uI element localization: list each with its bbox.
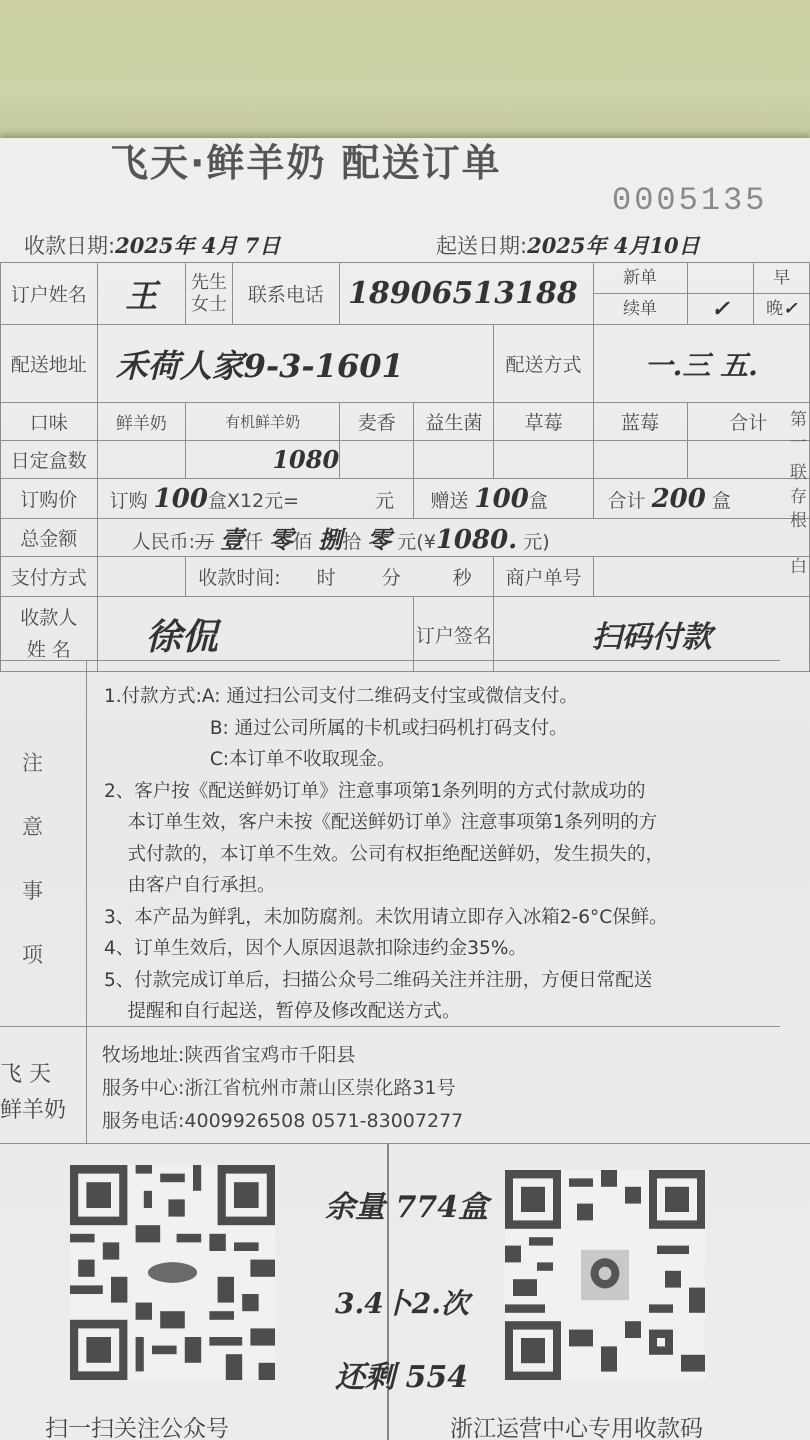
side-margin-char: 一: [790, 428, 807, 453]
address-value: 禾荷人家9-3-1601: [97, 325, 494, 403]
customer-name-value: 王: [97, 263, 186, 325]
daily-malt[interactable]: [340, 441, 414, 479]
flavor-label: 口味: [1, 403, 98, 441]
order-qty: 100: [154, 484, 208, 514]
customer-name-label: 订户姓名: [1, 263, 98, 325]
serial-number: 0005135: [612, 182, 767, 219]
daily-strawberry[interactable]: [494, 441, 593, 479]
new-order-check[interactable]: [688, 263, 754, 294]
flavor-blueberry: 蓝莓: [593, 403, 687, 441]
form-title: 飞天·鲜羊奶 配送订单: [110, 132, 502, 187]
merchant-no-label: 商户单号: [494, 557, 593, 597]
left-qr-caption: 扫一扫关注公众号: [45, 1410, 229, 1440]
honorific-male: 先生: [186, 272, 231, 294]
gift-cell: 赠送 100盒: [414, 479, 593, 519]
note-line: 1.付款方式:A: 通过扫公司支付二维码支付宝或微信支付。: [104, 681, 668, 713]
phone-value: 18906513188: [340, 263, 593, 325]
brand-label: 飞 天 鲜羊奶: [0, 1025, 87, 1143]
notes-list: 1.付款方式:A: 通过扫公司支付二维码支付宝或微信支付。 B: 通过公司所属的…: [104, 681, 668, 1028]
ranch-address: 牧场地址:陕西省宝鸡市千阳县: [102, 1039, 463, 1072]
flavor-strawberry: 草莓: [494, 403, 593, 441]
side-margin-char: 白: [790, 552, 807, 577]
order-price-calc: 订购 100盒X12元= 元: [97, 479, 414, 519]
honorific: 先生 女士: [186, 263, 232, 325]
note-line: 本订单生效，客户未按《配送鲜奶订单》注意事项第1条列明的方: [104, 807, 668, 839]
morning-label[interactable]: 早: [754, 263, 809, 294]
company-info: 牧场地址:陕西省宝鸡市千阳县 服务中心:浙江省杭州市萧山区崇化路31号 服务电话…: [102, 1039, 463, 1138]
new-order-label: 新单: [594, 263, 687, 294]
note-line: 4、订单生效后，因个人原因退款扣除违约金35%。: [104, 933, 668, 965]
daily-fresh[interactable]: [97, 441, 186, 479]
order-price-label: 订购价: [1, 479, 98, 519]
note-line: 式付款的，本订单不生效。公司有权拒绝配送鲜奶，发生损失的，: [104, 839, 668, 871]
payment-time: 收款时间: 时 分 秒: [186, 557, 494, 597]
daily-boxes-label: 日定盒数: [1, 441, 98, 479]
honorific-female: 女士: [186, 294, 231, 316]
order-type-check: ✓: [687, 263, 754, 325]
daily-organic[interactable]: 1080: [186, 441, 340, 479]
merchant-no-value[interactable]: [593, 557, 810, 597]
renew-order-label: 续单: [594, 294, 687, 324]
gift-qty: 100: [475, 484, 529, 514]
side-margin-char: 存: [790, 482, 807, 507]
order-type-cell: 新单 续单: [593, 263, 687, 325]
total-boxes-cell: 合计 200 盒: [593, 479, 810, 519]
payment-collection-qr-icon[interactable]: [505, 1170, 705, 1380]
wechat-official-account-qr-icon[interactable]: [70, 1165, 275, 1380]
note-line: B: 通过公司所属的卡机或扫码机打码支付。: [104, 713, 668, 745]
right-qr-caption: 浙江运营中心专用收款码: [450, 1410, 703, 1440]
side-margin-char: 第: [790, 405, 807, 430]
daily-blueberry[interactable]: [593, 441, 687, 479]
payment-method-label: 支付方式: [1, 557, 98, 597]
note-line: 2、客户按《配送鲜奶订单》注意事项第1条列明的方式付款成功的: [104, 776, 668, 808]
note-line: 3、本产品为鲜乳，未加防腐剂。未饮用请立即存入冰箱2-6°C保鲜。: [104, 902, 668, 934]
start-date: 起送日期:2025年 4月10日: [436, 230, 700, 260]
note-line: C:本订单不收取现金。: [104, 744, 668, 776]
notes-section: 注 意 事 项 1.付款方式:A: 通过扫公司支付二维码支付宝或微信支付。 B:…: [0, 660, 780, 1027]
service-center-address: 服务中心:浙江省杭州市萧山区崇化路31号: [102, 1072, 463, 1105]
handwritten-remaining-count: 还剩 554: [335, 1352, 468, 1396]
time-slot-cell: 早 晚✓: [754, 263, 810, 325]
payment-method-value[interactable]: [97, 557, 186, 597]
qr-code-icon: [505, 1170, 705, 1380]
handwritten-remaining-balance: 余量 774盒: [325, 1182, 488, 1226]
flavor-organic-goat-milk: 有机鲜羊奶: [186, 403, 340, 441]
evening-label[interactable]: 晚✓: [754, 294, 809, 324]
flavor-fresh-goat-milk: 鲜羊奶: [97, 403, 186, 441]
start-date-label: 起送日期:: [436, 234, 527, 258]
company-info-section: 飞 天 鲜羊奶 牧场地址:陕西省宝鸡市千阳县 服务中心:浙江省杭州市萧山区崇化路…: [0, 1025, 810, 1144]
note-line: 5、付款完成订单后，扫描公众号二维码关注并注册，方便日常配送: [104, 965, 668, 997]
flavor-probiotic: 益生菌: [414, 403, 494, 441]
order-form-table: 订户姓名 王 先生 女士 联系电话 18906513188 新单 续单 ✓ 早 …: [0, 262, 810, 672]
notes-label: 注 意 事 项: [0, 661, 87, 1026]
total-amount-number: 1080.: [436, 525, 517, 555]
qr-code-icon: [70, 1165, 275, 1380]
phone-label: 联系电话: [232, 263, 340, 325]
address-label: 配送地址: [1, 325, 98, 403]
background-surface: [0, 0, 810, 140]
total-amount-label: 总金额: [1, 519, 98, 557]
delivery-method-label: 配送方式: [494, 325, 593, 403]
note-line: 由客户自行承担。: [104, 870, 668, 902]
unit-price: 12元=: [240, 490, 299, 512]
side-margin-char: 联: [790, 458, 807, 483]
flavor-malt: 麦香: [340, 403, 414, 441]
service-phone: 服务电话:4009926508 0571-83007277: [102, 1105, 463, 1138]
payment-date-label: 收款日期:: [24, 234, 115, 258]
side-margin-char: 根: [790, 506, 807, 531]
daily-probiotic[interactable]: [414, 441, 494, 479]
note-line: 提醒和自行起送，暂停及修改配送方式。: [104, 996, 668, 1028]
payment-date-value: 2025年 4月 7日: [115, 233, 280, 258]
start-date-value: 2025年 4月10日: [527, 233, 700, 258]
total-amount-value: 人民币:万 壹仟 零佰 捌拾 零 元(¥1080. 元): [97, 519, 809, 557]
handwritten-delivery-note: 3.4卜2.次: [335, 1282, 469, 1322]
payment-date: 收款日期:2025年 4月 7日: [24, 230, 280, 260]
delivery-method-value: 一.三 五.: [593, 325, 810, 403]
evening-check: ✓: [783, 299, 797, 319]
renew-order-check[interactable]: ✓: [688, 294, 754, 324]
total-qty: 200: [652, 484, 706, 514]
